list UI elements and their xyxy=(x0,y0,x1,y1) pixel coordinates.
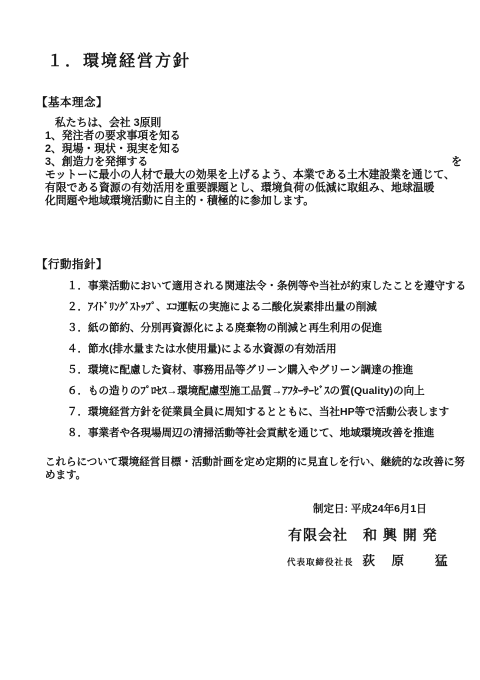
policy-document-page: １．環境経営方針 【基本理念】 私たちは、会社 3原則 1、発注者の要求事項を知… xyxy=(0,0,480,680)
basic-philosophy-body: 私たちは、会社 3原則 1、発注者の要求事項を知る 2、現場・現状・現実を知る … xyxy=(45,117,462,208)
policy-paragraph-line: 化問題や地域環境活動に自主的・積極的に参加します。 xyxy=(45,195,462,208)
principle-item: 3、創造力を発揮する xyxy=(45,156,148,169)
principle-item: 2、現場・現状・現実を知る xyxy=(45,143,462,156)
president-name: 荻 原 猛 xyxy=(363,551,450,569)
basic-philosophy-heading: 【基本理念】 xyxy=(36,94,108,110)
guideline-item: ４．節水(排水量または水使用量)による水資源の有効活用 xyxy=(67,343,467,355)
principle-item: 1、発注者の要求事項を知る xyxy=(45,130,462,143)
page-title: １．環境経営方針 xyxy=(47,48,191,71)
closing-statement: これらについて環境経営目標・活動計画を定め定期的に見直しを行い、継続的な改善に努… xyxy=(45,456,465,482)
company-name: 有限会社 和 興 開 発 xyxy=(288,525,438,545)
president-role: 代表取締役社長 xyxy=(287,556,354,568)
enactment-date: 制定日: 平成24年6月1日 xyxy=(313,501,427,516)
guideline-item: ６．もの造りのﾌﾟﾛｾｽ→環境配慮型施工品質→ｱﾌﾀｰｻｰﾋﾞｽの質(Quali… xyxy=(67,385,467,397)
guideline-item: ８．事業者や各現場周辺の清掃活動等社会貢献を通じて、地域環境改善を推進 xyxy=(67,427,467,439)
principle-item-row: 3、創造力を発揮する を xyxy=(45,156,462,169)
action-guidelines-list: １．事業活動において適用される関連法令・条例等や当社が約束したことを遵守する ２… xyxy=(67,280,467,448)
guideline-item: ３．紙の節約、分別再資源化による廃棄物の削減と再生利用の促進 xyxy=(67,322,467,334)
wrap-character: を xyxy=(451,156,462,169)
signature-block: 代表取締役社長 荻 原 猛 xyxy=(287,551,450,569)
action-guidelines-heading: 【行動指針】 xyxy=(36,256,108,272)
principles-intro: 私たちは、会社 3原則 xyxy=(45,117,462,130)
guideline-item: １．事業活動において適用される関連法令・条例等や当社が約束したことを遵守する xyxy=(67,280,467,292)
guideline-item: ７．環境経営方針を従業員全員に周知するとともに、当社HP等で活動公表します xyxy=(67,406,467,418)
guideline-item: ２．ｱｲﾄﾞﾘﾝｸﾞｽﾄｯﾌﾟ、ｴｺ運転の実施による二酸化炭素排出量の削減 xyxy=(67,301,467,313)
policy-paragraph-line: 有限である資源の有効活用を重要課題とし、環境負荷の低減に取組み、地球温暖 xyxy=(45,182,462,195)
guideline-item: ５．環境に配慮した資材、事務用品等グリーン購入やグリーン調達の推進 xyxy=(67,364,467,376)
policy-paragraph-line: モットーに最小の人材で最大の効果を上げるよう、本業である土木建設業を通じて、 xyxy=(45,169,462,182)
